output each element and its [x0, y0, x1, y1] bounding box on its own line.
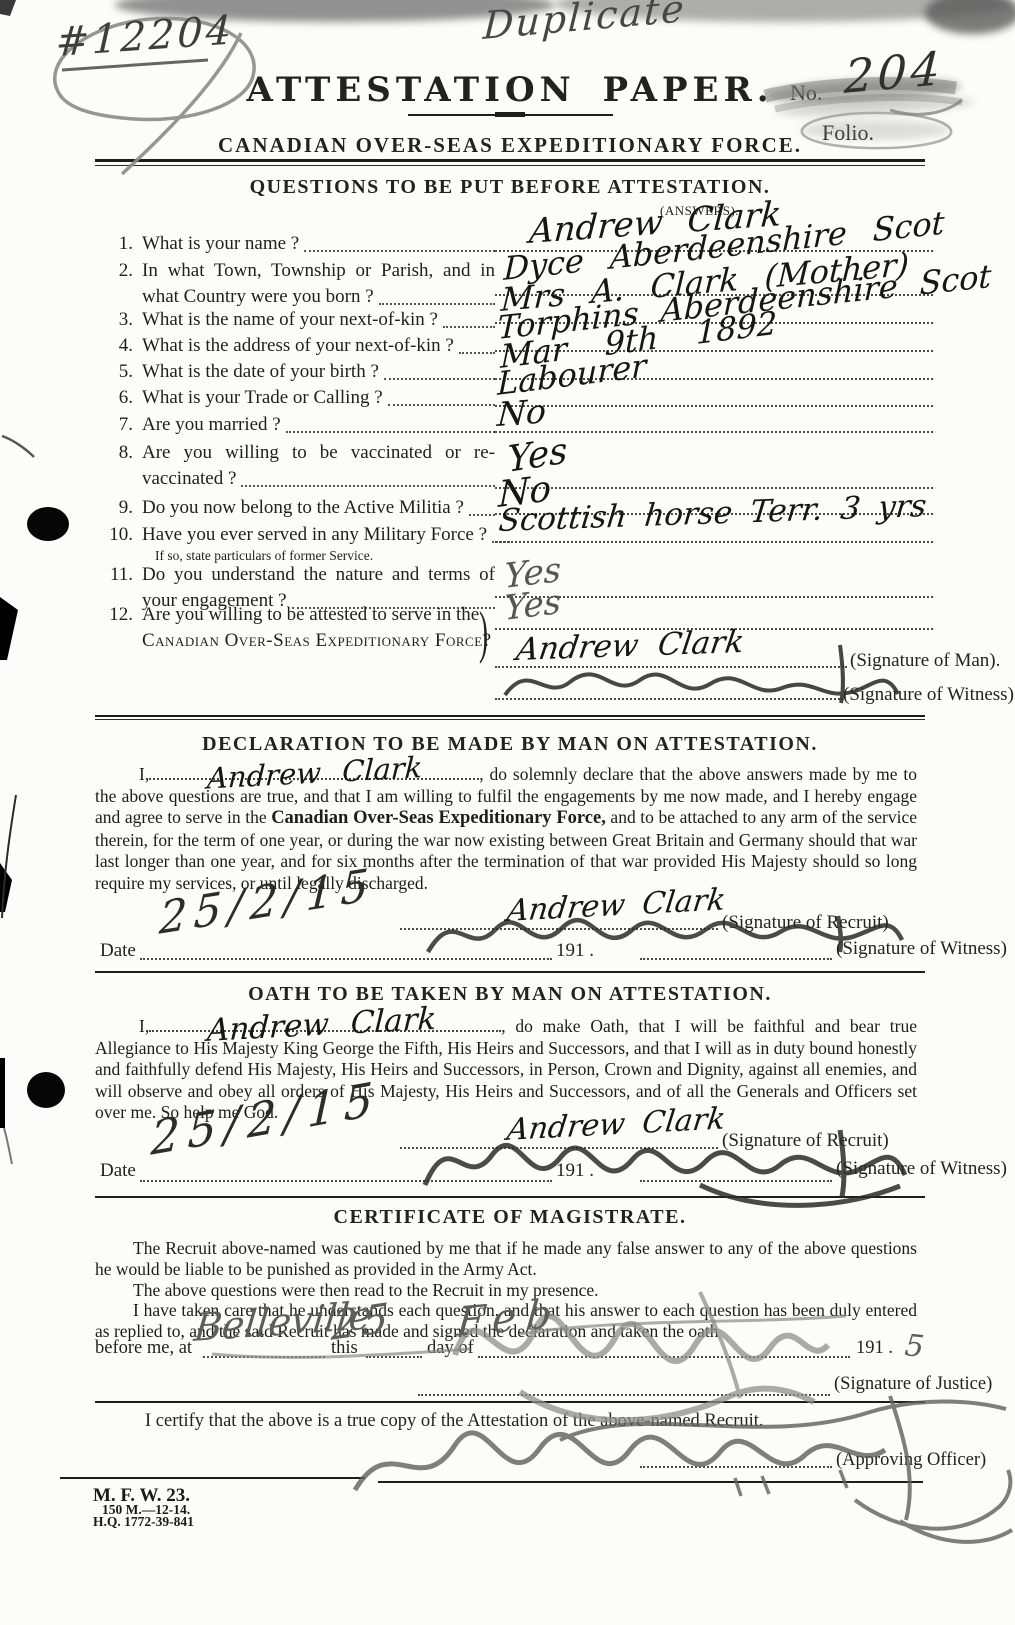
oath-name-blank: Andrew Clark [149, 1014, 501, 1032]
section-rule-2 [95, 719, 925, 720]
question-text: Are you married ? [142, 412, 281, 438]
footer-rule-right [378, 1481, 923, 1483]
title-divider-center [495, 112, 525, 117]
question-10: 10.Have you ever served in any Military … [103, 522, 495, 563]
signature-line [495, 698, 843, 700]
magistrate-month-value: Feb [455, 1290, 564, 1346]
month-line [478, 1356, 850, 1358]
question-number: 2. [103, 258, 142, 284]
date-label: Date [100, 1160, 136, 1182]
dotted-leader [459, 352, 495, 354]
section-rule [95, 971, 925, 973]
signature-of-recruit-label: (Signature of Recruit) [722, 1130, 889, 1152]
question-text-line2: Canadian Over-Seas Expeditionary Force? [142, 628, 492, 654]
answer-line [495, 405, 933, 407]
place-line [203, 1356, 325, 1358]
question-number: 6. [103, 385, 142, 411]
folio-smudge [800, 120, 950, 140]
section-rule [95, 1401, 925, 1403]
question-12: 12.Are you willing to be attested to ser… [103, 602, 495, 654]
year-prefix: 191 . [556, 1160, 594, 1182]
header-rule [95, 159, 925, 162]
witness-line [640, 958, 832, 960]
answer-willing: Yes [504, 582, 561, 629]
declaration-name-blank: Andrew Clark [149, 762, 479, 780]
certify-text: I certify that the above is a true copy … [145, 1411, 764, 1432]
question-number: 11. [103, 562, 142, 588]
question-3: 3.What is the name of your next-of-kin ? [103, 307, 495, 333]
question-text-line2: vaccinated ? [142, 466, 236, 492]
answer-line [495, 487, 933, 489]
year-prefix: 191 . [856, 1338, 893, 1359]
signature-of-man-label: (Signature of Man). [850, 650, 1000, 672]
question-number: 4. [103, 333, 142, 359]
question-number: 1. [103, 231, 142, 257]
date-line [140, 1180, 552, 1182]
question-text: Do you now belong to the Active Militia … [142, 495, 464, 521]
signature-of-justice-label: (Signature of Justice) [834, 1374, 992, 1395]
question-text: Do you understand the nature and terms o… [142, 562, 495, 588]
no-value: 204 [843, 41, 945, 104]
dotted-leader [304, 250, 495, 252]
question-7: 7.Are you married ? [103, 412, 495, 438]
question-1: 1.What is your name ? [103, 231, 495, 257]
hq-code: H.Q. 1772-39-841 [93, 1514, 194, 1530]
man-signature: Andrew Clark [514, 624, 746, 668]
justice-signature-line [418, 1394, 830, 1396]
attestation-paper-page: #12204 Duplicate ATTESTATION PAPER. No. … [0, 0, 1015, 1625]
dotted-leader [379, 303, 495, 305]
recruit-signature-line [400, 928, 718, 930]
question-number: 10. [103, 522, 142, 548]
magistrate-year-value: 5 [903, 1328, 926, 1365]
declaration-paragraph: I,Andrew Clark, do solemnly declare that… [95, 762, 917, 894]
header-rule-2 [95, 165, 925, 166]
dotted-leader [388, 404, 495, 406]
signature-of-witness-label: (Signature of Witness). [843, 684, 1015, 706]
duplicate-annotation: Duplicate [482, 0, 687, 48]
question-text: What is the name of your next-of-kin ? [142, 307, 438, 333]
dotted-leader [286, 431, 495, 433]
question-text: What is your Trade or Calling ? [142, 385, 383, 411]
question-text: What is the address of your next-of-kin … [142, 333, 454, 359]
approving-signature-line [640, 1466, 832, 1468]
oath-intro: I, [139, 1016, 149, 1036]
magistrate-heading: CERTIFICATE OF MAGISTRATE. [95, 1206, 925, 1229]
questions-heading: QUESTIONS TO BE PUT BEFORE ATTESTATION. [95, 176, 925, 199]
question-number: 12. [103, 602, 142, 628]
date-line [140, 958, 552, 960]
question-text: What is your name ? [142, 231, 299, 257]
answer-married: No [496, 391, 547, 434]
question-text: In what Town, Township or Parish, and in [142, 258, 495, 284]
question-text: Are you willing to be attested to serve … [142, 602, 479, 628]
question-number: 9. [103, 495, 142, 521]
brace-glyph: ) [479, 600, 488, 667]
question-6: 6.What is your Trade or Calling ? [103, 385, 495, 411]
question-number: 3. [103, 307, 142, 333]
signature-of-witness-label: (Signature of Witness) [836, 1158, 1007, 1180]
question-text: Have you ever served in any Military For… [142, 522, 487, 548]
section-rule [95, 1196, 925, 1198]
footer-rule-left [60, 1477, 365, 1479]
question-4: 4.What is the address of your next-of-ki… [103, 333, 495, 359]
answer-line [495, 541, 933, 543]
scan-smudge [925, 0, 1015, 34]
question-number: 8. [103, 440, 142, 466]
stamp-number: #12204 [55, 7, 235, 66]
question-5: 5.What is the date of your birth ? [103, 359, 495, 385]
dotted-leader [469, 514, 495, 516]
declaration-force-emphasis: Canadian Over-Seas Expeditionary Force, [271, 808, 606, 828]
question-2: 2.In what Town, Township or Parish, and … [103, 258, 495, 310]
oath-name: Andrew Clark [163, 1008, 437, 1044]
question-8: 8.Are you willing to be vaccinated or re… [103, 440, 495, 492]
declaration-intro: I, [139, 764, 149, 784]
form-subtitle: CANADIAN OVER-SEAS EXPEDITIONARY FORCE. [95, 133, 925, 158]
dotted-leader [241, 485, 495, 487]
before-me-label: before me, at [95, 1338, 192, 1359]
dotted-leader [384, 378, 495, 380]
question-text: What is the date of your birth ? [142, 359, 379, 385]
section-rule [95, 715, 925, 717]
approving-officer-label: (Approving Officer) [836, 1450, 986, 1471]
dotted-leader [443, 326, 495, 328]
question-number: 7. [103, 412, 142, 438]
signature-of-witness-label: (Signature of Witness) [836, 938, 1007, 960]
magistrate-para-1: The Recruit above-named was cautioned by… [95, 1238, 917, 1279]
date-label: Date [100, 940, 136, 962]
witness-line [640, 1180, 832, 1182]
magistrate-day-value: 25 [330, 1294, 396, 1350]
recruit-signature-line [400, 1147, 718, 1149]
question-note: If so, state particulars of former Servi… [155, 548, 495, 563]
oath-heading: OATH TO BE TAKEN BY MAN ON ATTESTATION. [95, 983, 925, 1006]
signature-of-recruit-label: (Signature of Recruit) [722, 912, 889, 934]
question-number: 5. [103, 359, 142, 385]
answer-military-service: Scottish horse Terr. 3 yrs [497, 488, 928, 539]
left-edge-marks [0, 0, 69, 1164]
year-prefix: 191 . [556, 940, 594, 962]
declaration-heading: DECLARATION TO BE MADE BY MAN ON ATTESTA… [95, 733, 925, 756]
question-9: 9.Do you now belong to the Active Militi… [103, 495, 495, 521]
day-line [366, 1356, 422, 1358]
question-text: Are you willing to be vaccinated or re- [142, 440, 495, 466]
